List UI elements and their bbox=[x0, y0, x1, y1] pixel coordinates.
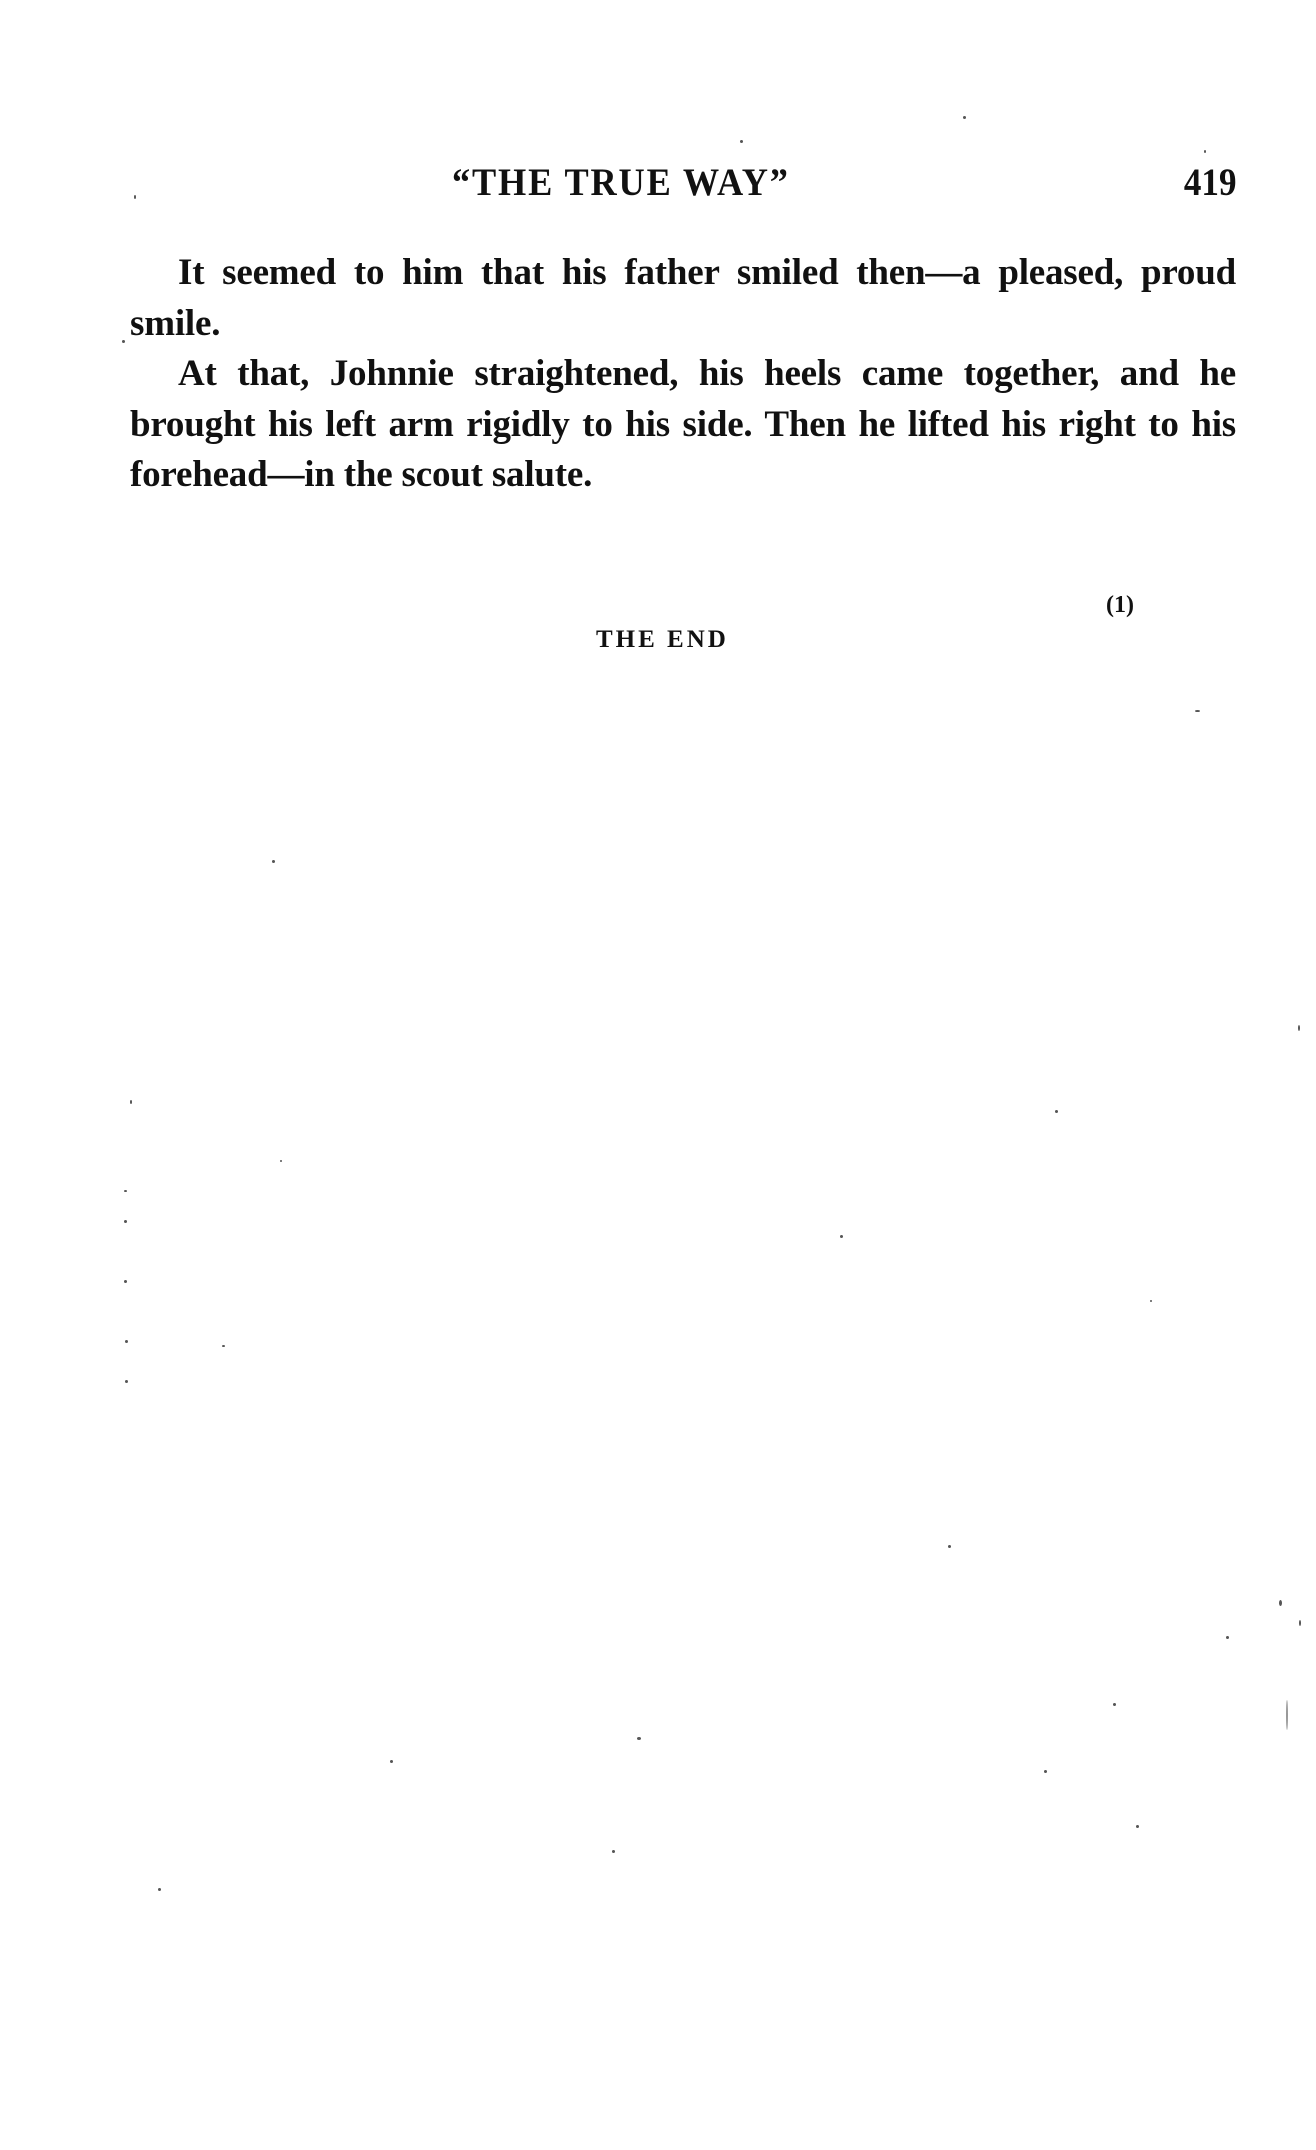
speck bbox=[390, 1760, 393, 1763]
speck bbox=[1113, 1703, 1116, 1706]
speck bbox=[122, 340, 125, 343]
speck bbox=[1286, 1700, 1288, 1730]
speck bbox=[280, 1160, 282, 1162]
book-page: “THE TRUE WAY” 419 It seemed to him that… bbox=[0, 0, 1316, 2150]
speck bbox=[1136, 1825, 1139, 1828]
speck bbox=[948, 1545, 951, 1548]
speck bbox=[124, 1220, 127, 1223]
speck bbox=[125, 1340, 128, 1343]
speck bbox=[134, 195, 136, 199]
paragraph: At that, Johnnie straightened, his heels… bbox=[130, 349, 1236, 501]
running-head: “THE TRUE WAY” 419 bbox=[130, 160, 1236, 212]
speck bbox=[840, 1235, 843, 1238]
running-title: “THE TRUE WAY” bbox=[452, 160, 790, 205]
speck bbox=[740, 140, 743, 143]
speck bbox=[272, 860, 275, 863]
speck bbox=[125, 1380, 128, 1383]
speck bbox=[1299, 1620, 1301, 1626]
speck bbox=[612, 1850, 615, 1853]
speck bbox=[1150, 1300, 1152, 1302]
speck bbox=[1204, 150, 1206, 153]
speck bbox=[124, 1280, 127, 1283]
speck bbox=[222, 1345, 225, 1347]
paragraph: It seemed to him that his father smiled … bbox=[130, 248, 1236, 349]
speck bbox=[158, 1888, 161, 1891]
speck bbox=[637, 1737, 641, 1740]
speck bbox=[1298, 1025, 1300, 1031]
speck bbox=[130, 1100, 132, 1104]
speck bbox=[1226, 1636, 1229, 1639]
end-block: (1) THE END bbox=[130, 592, 1236, 672]
footnote-marker: (1) bbox=[1106, 592, 1134, 619]
speck bbox=[1195, 710, 1200, 712]
speck bbox=[1044, 1770, 1047, 1773]
page-number: 419 bbox=[1183, 160, 1236, 205]
the-end-label: THE END bbox=[596, 626, 729, 654]
speck bbox=[963, 116, 966, 119]
body-text: It seemed to him that his father smiled … bbox=[130, 248, 1236, 501]
speck bbox=[1279, 1600, 1282, 1606]
speck bbox=[124, 1190, 127, 1192]
speck bbox=[1055, 1110, 1058, 1113]
